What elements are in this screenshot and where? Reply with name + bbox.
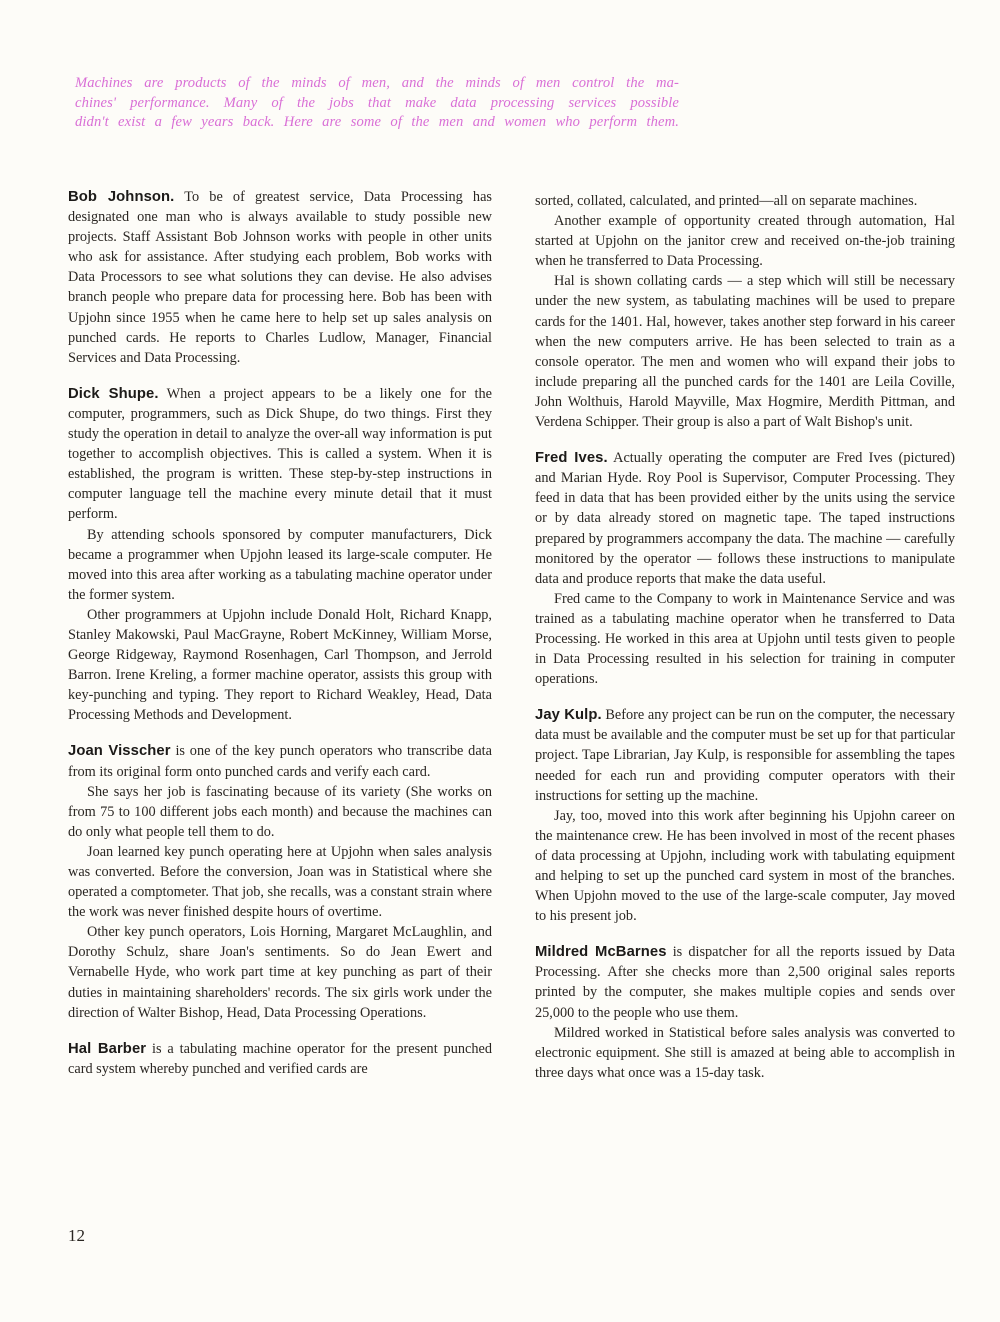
person-name: Hal Barber [68,1041,146,1057]
section-dick-shupe: Dick Shupe. When a project appears to be… [68,384,492,726]
page-number: 12 [68,1226,85,1246]
paragraph: Bob Johnson. To be of greatest service, … [68,187,492,368]
section-hal-barber-continued: sorted, collated, calculated, and printe… [535,191,955,432]
paragraph-text: To be of greatest service, Data Processi… [68,189,492,366]
paragraph: Jay, too, moved into this work after beg… [535,806,955,927]
intro-line: chines' performance. Many of the jobs th… [75,94,679,114]
person-name: Bob Johnson. [68,189,174,205]
person-name: Mildred McBarnes [535,944,667,960]
paragraph: Jay Kulp. Before any project can be run … [535,705,955,805]
paragraph: Joan learned key punch operating here at… [68,842,492,922]
person-name: Fred Ives. [535,450,608,466]
section-jay-kulp: Jay Kulp. Before any project can be run … [535,705,955,926]
paragraph: By attending schools sponsored by comput… [68,525,492,605]
section-mildred-mcbarnes: Mildred McBarnes is dispatcher for all t… [535,942,955,1083]
section-bob-johnson: Bob Johnson. To be of greatest service, … [68,187,492,368]
intro-line: Machines are products of the minds of me… [75,74,679,94]
paragraph: Dick Shupe. When a project appears to be… [68,384,492,525]
paragraph-text: When a project appears to be a likely on… [68,386,492,523]
section-hal-barber: Hal Barber is a tabulating machine opera… [68,1039,492,1079]
paragraph: Fred came to the Company to work in Main… [535,589,955,689]
paragraph-text: Actually operating the computer are Fred… [535,450,955,587]
paragraph: Hal is shown collating cards — a step wh… [535,271,955,432]
person-name: Dick Shupe. [68,386,159,402]
paragraph: Fred Ives. Actually operating the comput… [535,448,955,589]
person-name: Joan Visscher [68,743,171,759]
right-column: sorted, collated, calculated, and printe… [535,191,955,1099]
paragraph: She says her job is fascinating because … [68,782,492,842]
intro-caption: Machines are products of the minds of me… [75,74,679,133]
paragraph: Hal Barber is a tabulating machine opera… [68,1039,492,1079]
paragraph: sorted, collated, calculated, and printe… [535,191,955,211]
paragraph: Other programmers at Upjohn include Dona… [68,605,492,726]
section-joan-visscher: Joan Visscher is one of the key punch op… [68,741,492,1022]
intro-line: didn't exist a few years back. Here are … [75,113,679,133]
paragraph: Joan Visscher is one of the key punch op… [68,741,492,781]
section-fred-ives: Fred Ives. Actually operating the comput… [535,448,955,689]
paragraph: Other key punch operators, Lois Horning,… [68,922,492,1022]
person-name: Jay Kulp. [535,707,602,723]
left-column: Bob Johnson. To be of greatest service, … [68,187,492,1095]
paragraph: Mildred worked in Statistical before sal… [535,1023,955,1083]
paragraph: Another example of opportunity created t… [535,211,955,271]
paragraph: Mildred McBarnes is dispatcher for all t… [535,942,955,1022]
